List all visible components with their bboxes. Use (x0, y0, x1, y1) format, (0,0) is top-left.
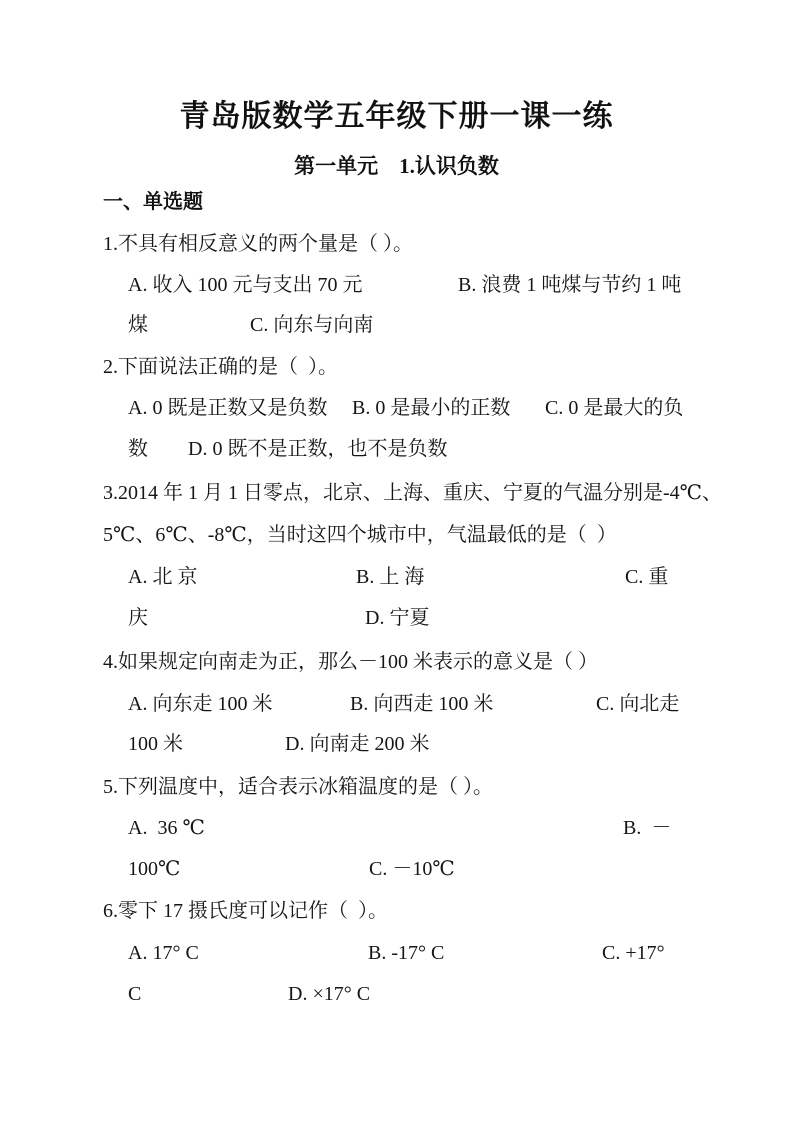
question-1-line-3-segment-1: 煤 (128, 314, 148, 336)
question-5-line-1-segment-1: 5.下列温度中，适合表示冰箱温度的是（ ）。 (103, 776, 493, 798)
question-2-line-2-segment-3: C. 0 是最大的负 (545, 397, 683, 419)
question-6-line-3-segment-1: C (128, 983, 141, 1005)
question-6-line-1-segment-1: 6.零下 17 摄氏度可以记作（ ）。 (103, 900, 388, 922)
question-1-line-2-segment-2: B. 浪费 1 吨煤与节约 1 吨 (458, 274, 681, 296)
question-5-line-3-segment-2: C. －10℃ (369, 858, 455, 880)
question-2-line-2-segment-1: A. 0 既是正数又是负数 (128, 397, 327, 419)
question-4-line-2-segment-3: C. 向北走 (596, 693, 679, 715)
question-6-line-2-segment-1: A. 17° C (128, 942, 199, 964)
question-3-line-3-segment-3: C. 重 (625, 566, 668, 588)
question-4-line-2-segment-1: A. 向东走 100 米 (128, 693, 272, 715)
question-2-line-2-segment-2: B. 0 是最小的正数 (352, 397, 510, 419)
question-4-line-3-segment-2: D. 向南走 200 米 (285, 733, 429, 755)
question-5-line-2-segment-1: A. 36 ℃ (128, 817, 205, 839)
question-5-line-2-segment-2: B. － (623, 817, 671, 839)
question-1-line-1-segment-1: 1.不具有相反意义的两个量是（ ）。 (103, 233, 413, 255)
page-title: 青岛版数学五年级下册一课一练 (0, 99, 793, 135)
question-3-line-3-segment-2: B. 上 海 (356, 566, 424, 588)
question-6-line-2-segment-2: B. -17° C (368, 942, 444, 964)
question-4-line-2-segment-2: B. 向西走 100 米 (350, 693, 493, 715)
unit-subtitle: 第一单元 1.认识负数 (0, 153, 793, 180)
question-2-line-3-segment-2: D. 0 既不是正数，也不是负数 (188, 438, 447, 460)
question-6-line-3-segment-2: D. ×17° C (288, 983, 370, 1005)
question-1-line-3-segment-2: C. 向东与向南 (250, 314, 373, 336)
question-6-line-2-segment-3: C. +17° (602, 942, 665, 964)
question-1-line-2-segment-1: A. 收入 100 元与支出 70 元 (128, 274, 362, 296)
section-heading-single-choice: 一、单选题 (103, 190, 203, 214)
question-2-line-1-segment-1: 2.下面说法正确的是（ ）。 (103, 356, 338, 378)
question-3-line-3-segment-1: A. 北 京 (128, 566, 197, 588)
question-3-line-2-segment-1: 5℃、6℃、-8℃，当时这四个城市中，气温最低的是（ ） (103, 524, 617, 546)
question-4-line-1-segment-1: 4.如果规定向南走为正，那么－100 米表示的意义是（ ） (103, 651, 598, 673)
worksheet-page: 青岛版数学五年级下册一课一练 第一单元 1.认识负数 一、单选题 1.不具有相反… (0, 0, 793, 1122)
question-3-line-4-segment-1: 庆 (128, 607, 148, 629)
question-4-line-3-segment-1: 100 米 (128, 733, 183, 755)
question-5-line-3-segment-1: 100℃ (128, 858, 180, 880)
question-2-line-3-segment-1: 数 (128, 438, 148, 460)
question-3-line-1-segment-1: 3.2014 年 1 月 1 日零点，北京、上海、重庆、宁夏的气温分别是-4℃、 (103, 482, 722, 504)
question-3-line-4-segment-2: D. 宁夏 (365, 607, 429, 629)
